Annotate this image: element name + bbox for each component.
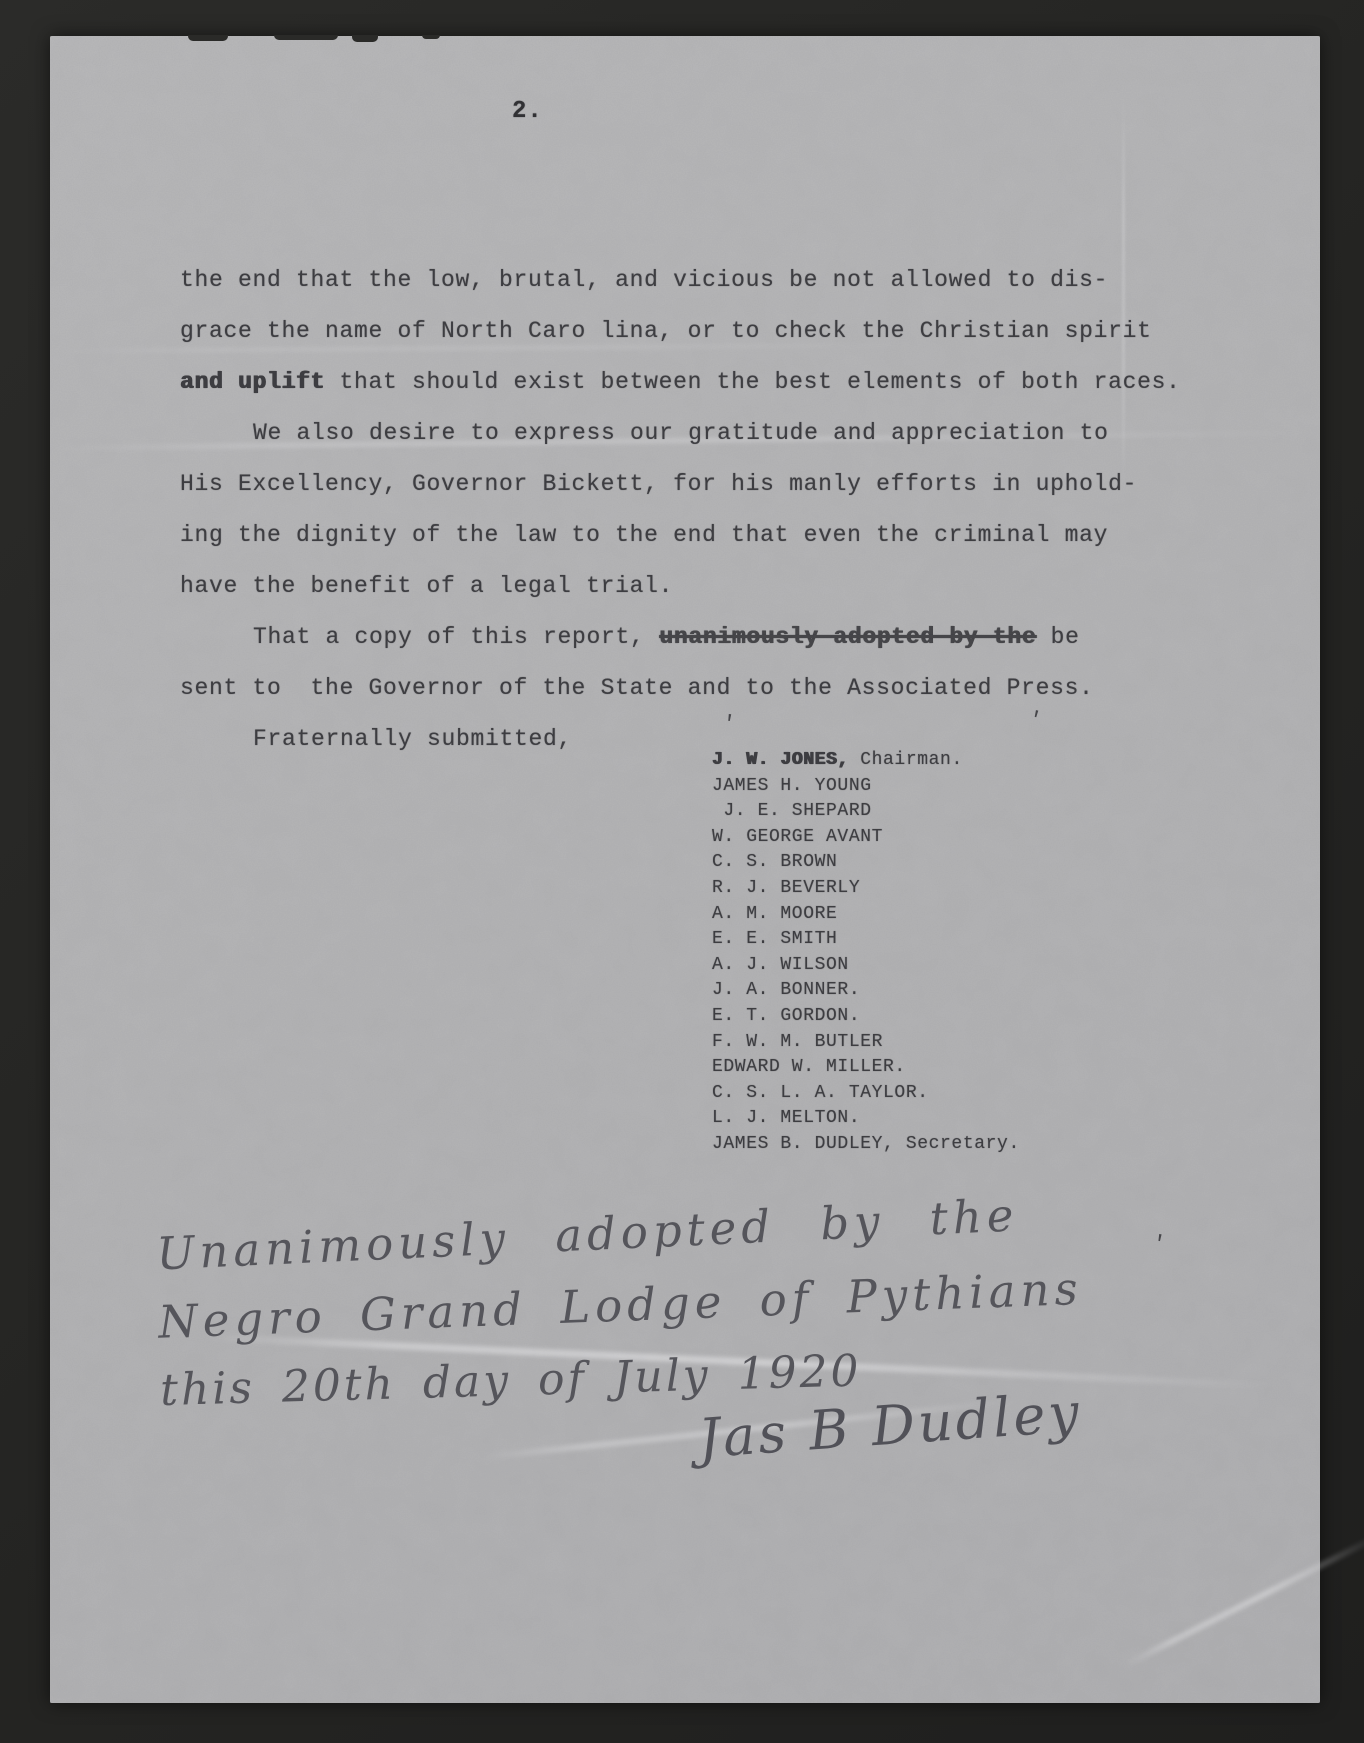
body-line-6: ing the dignity of the law to the end th… — [180, 510, 1190, 561]
signer-name: L. J. MELTON. — [712, 1106, 1020, 1132]
signer-name: J. E. SHEPARD — [712, 799, 1020, 825]
signer-name: W. GEORGE AVANT — [712, 825, 1020, 851]
body-line-3-rest: that should exist between the best eleme… — [325, 369, 1181, 395]
torn-edge-mark — [352, 35, 378, 42]
body-line-5: His Excellency, Governor Bickett, for hi… — [180, 459, 1190, 510]
torn-edge-mark — [274, 35, 338, 40]
signer-name: E. T. GORDON. — [712, 1004, 1020, 1030]
body-line-9: sent to the Governor of the State and to… — [180, 663, 1190, 714]
signer-name: A. M. MOORE — [712, 902, 1020, 928]
signer-name: J. A. BONNER. — [712, 978, 1020, 1004]
letter-body: the end that the low, brutal, and viciou… — [180, 255, 1190, 765]
signer-name: F. W. M. BUTLER — [712, 1030, 1020, 1056]
chairman-name: J. W. JONES, — [712, 750, 849, 770]
torn-edge-mark — [422, 35, 440, 39]
body-line-8: That a copy of this report, unanimously … — [180, 612, 1190, 663]
signature-list: J. W. JONES, Chairman. JAMES H. YOUNG J.… — [712, 748, 1020, 1158]
signer-name: E. E. SMITH — [712, 927, 1020, 953]
body-line-1: the end that the low, brutal, and viciou… — [180, 255, 1190, 306]
body-line-4: We also desire to express our gratitude … — [180, 408, 1190, 459]
struck-out-text: unanimously adopted by the — [659, 624, 1036, 650]
body-line-7: have the benefit of a legal trial. — [180, 561, 1190, 612]
scan-background: 2. the end that the low, brutal, and vic… — [0, 0, 1364, 1743]
overstruck-words: and uplift — [180, 369, 325, 395]
signer-name: EDWARD W. MILLER. — [712, 1055, 1020, 1081]
signer-name: R. J. BEVERLY — [712, 876, 1020, 902]
signer-name: C. S. L. A. TAYLOR. — [712, 1081, 1020, 1107]
page-number: 2. — [512, 98, 543, 125]
paper-crease — [1124, 1530, 1364, 1667]
body-line-8-prefix: That a copy of this report, — [253, 624, 659, 650]
signer-name: A. J. WILSON — [712, 953, 1020, 979]
signer-name: JAMES H. YOUNG — [712, 774, 1020, 800]
torn-edge-mark — [188, 35, 228, 41]
chairman-title: Chairman. — [849, 750, 963, 770]
document-page: 2. the end that the low, brutal, and vic… — [50, 36, 1320, 1703]
secretary-line: JAMES B. DUDLEY, Secretary. — [712, 1132, 1020, 1158]
body-line-2: grace the name of North Caro lina, or to… — [180, 306, 1190, 357]
chairman-line: J. W. JONES, Chairman. — [712, 748, 1020, 774]
signer-name: C. S. BROWN — [712, 850, 1020, 876]
body-line-3: and uplift that should exist between the… — [180, 357, 1190, 408]
body-line-8-suffix: be — [1036, 624, 1080, 650]
